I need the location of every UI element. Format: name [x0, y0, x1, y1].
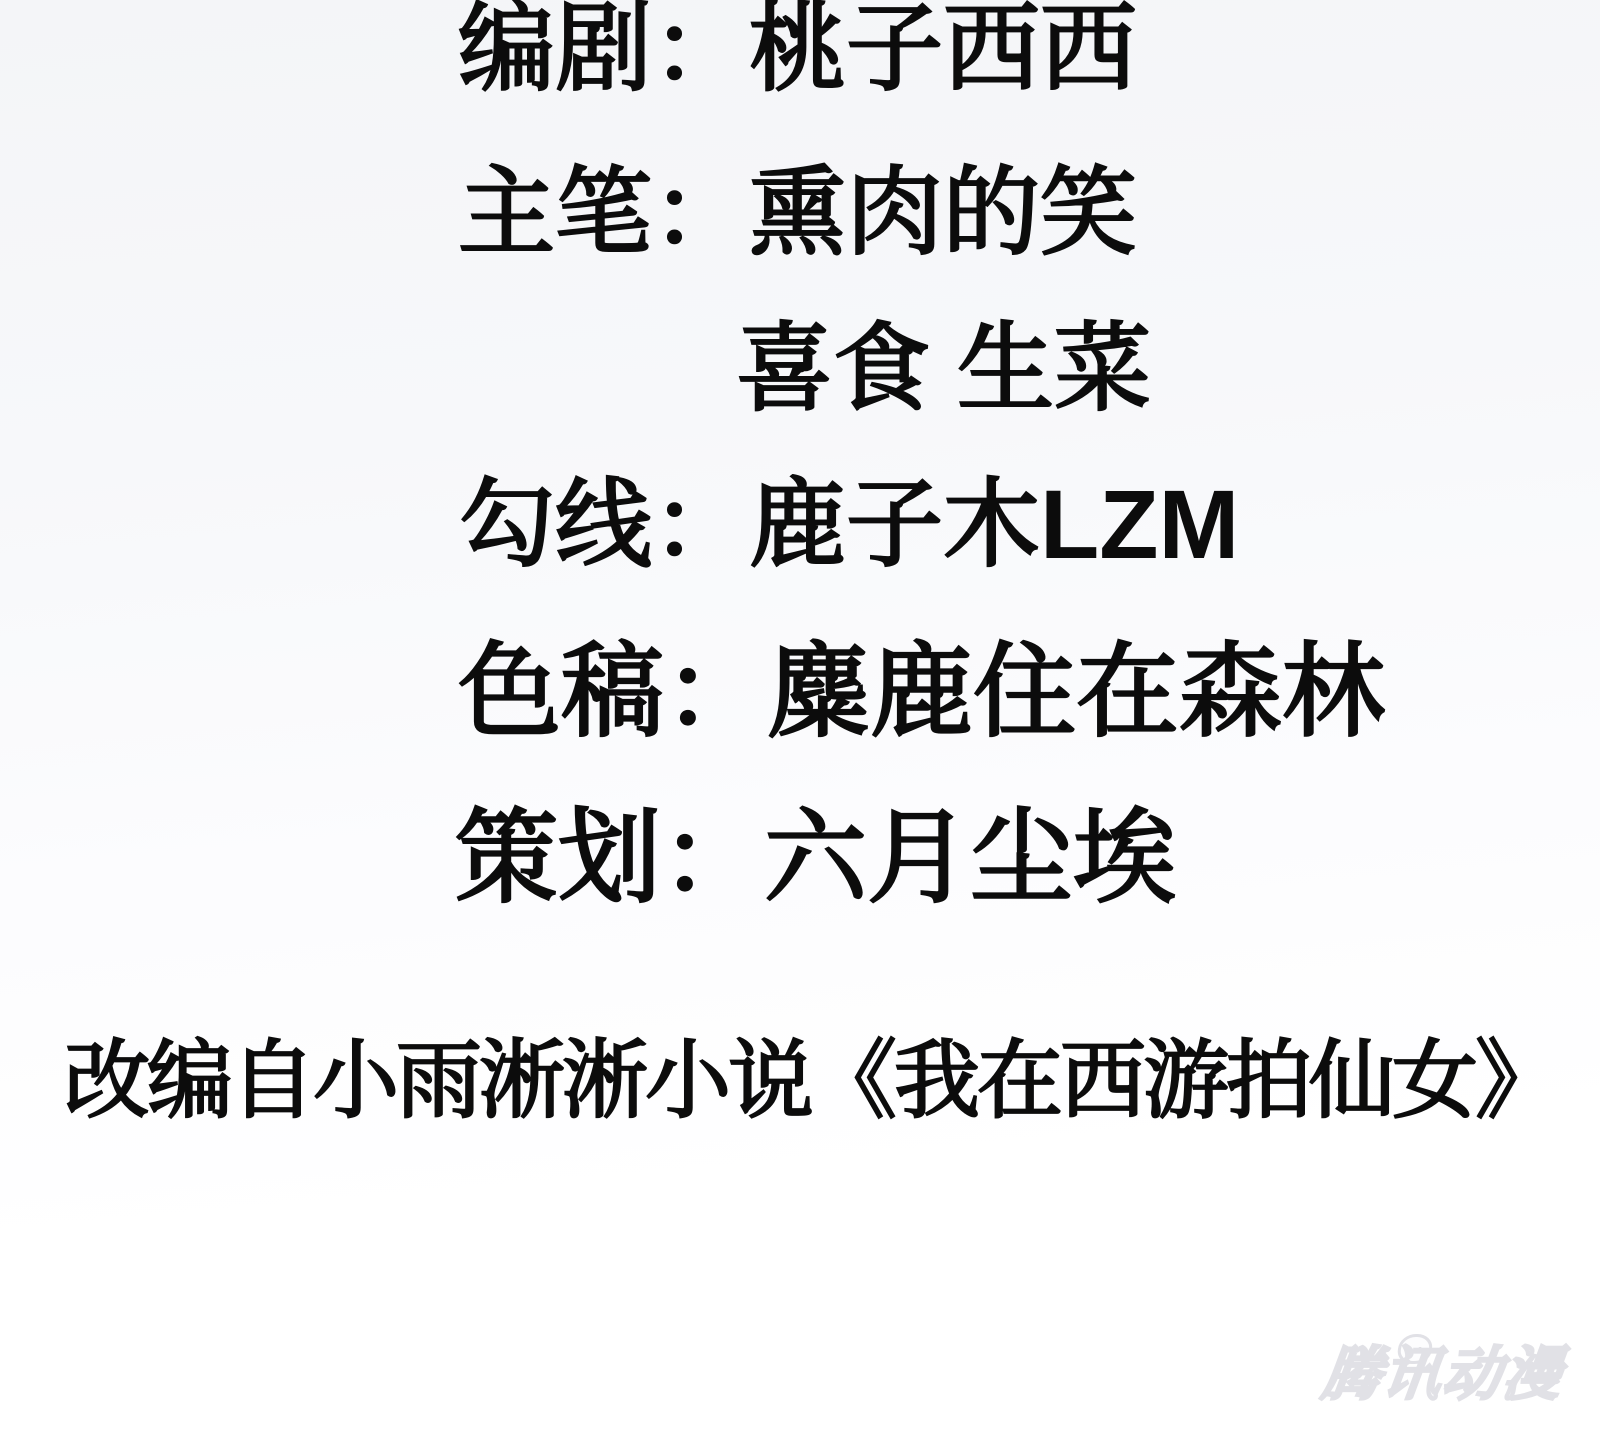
- credit-line-color-draft: 色稿：麋鹿住在森林: [458, 640, 1385, 743]
- tencent-comics-watermark: 腾讯动漫: [1318, 1346, 1587, 1418]
- credit-line-screenwriter: 编剧：桃子西西: [458, 0, 1137, 97]
- comic-credits-page: 编剧：桃子西西 主笔：熏肉的笑 喜食 生菜 勾线：鹿子木LZM 色稿：麋鹿住在森…: [0, 0, 1600, 1432]
- credit-line-line-art: 勾线：鹿子木LZM: [458, 476, 1239, 573]
- adaptation-note: 改编自小雨淅淅小说《我在西游拍仙女》: [64, 1038, 1558, 1124]
- credit-line-lead-artist: 主笔：熏肉的笑: [458, 164, 1137, 261]
- credit-line-lead-artist-2: 喜食 生菜: [736, 320, 1151, 417]
- credit-line-planning: 策划：六月尘埃: [455, 806, 1176, 909]
